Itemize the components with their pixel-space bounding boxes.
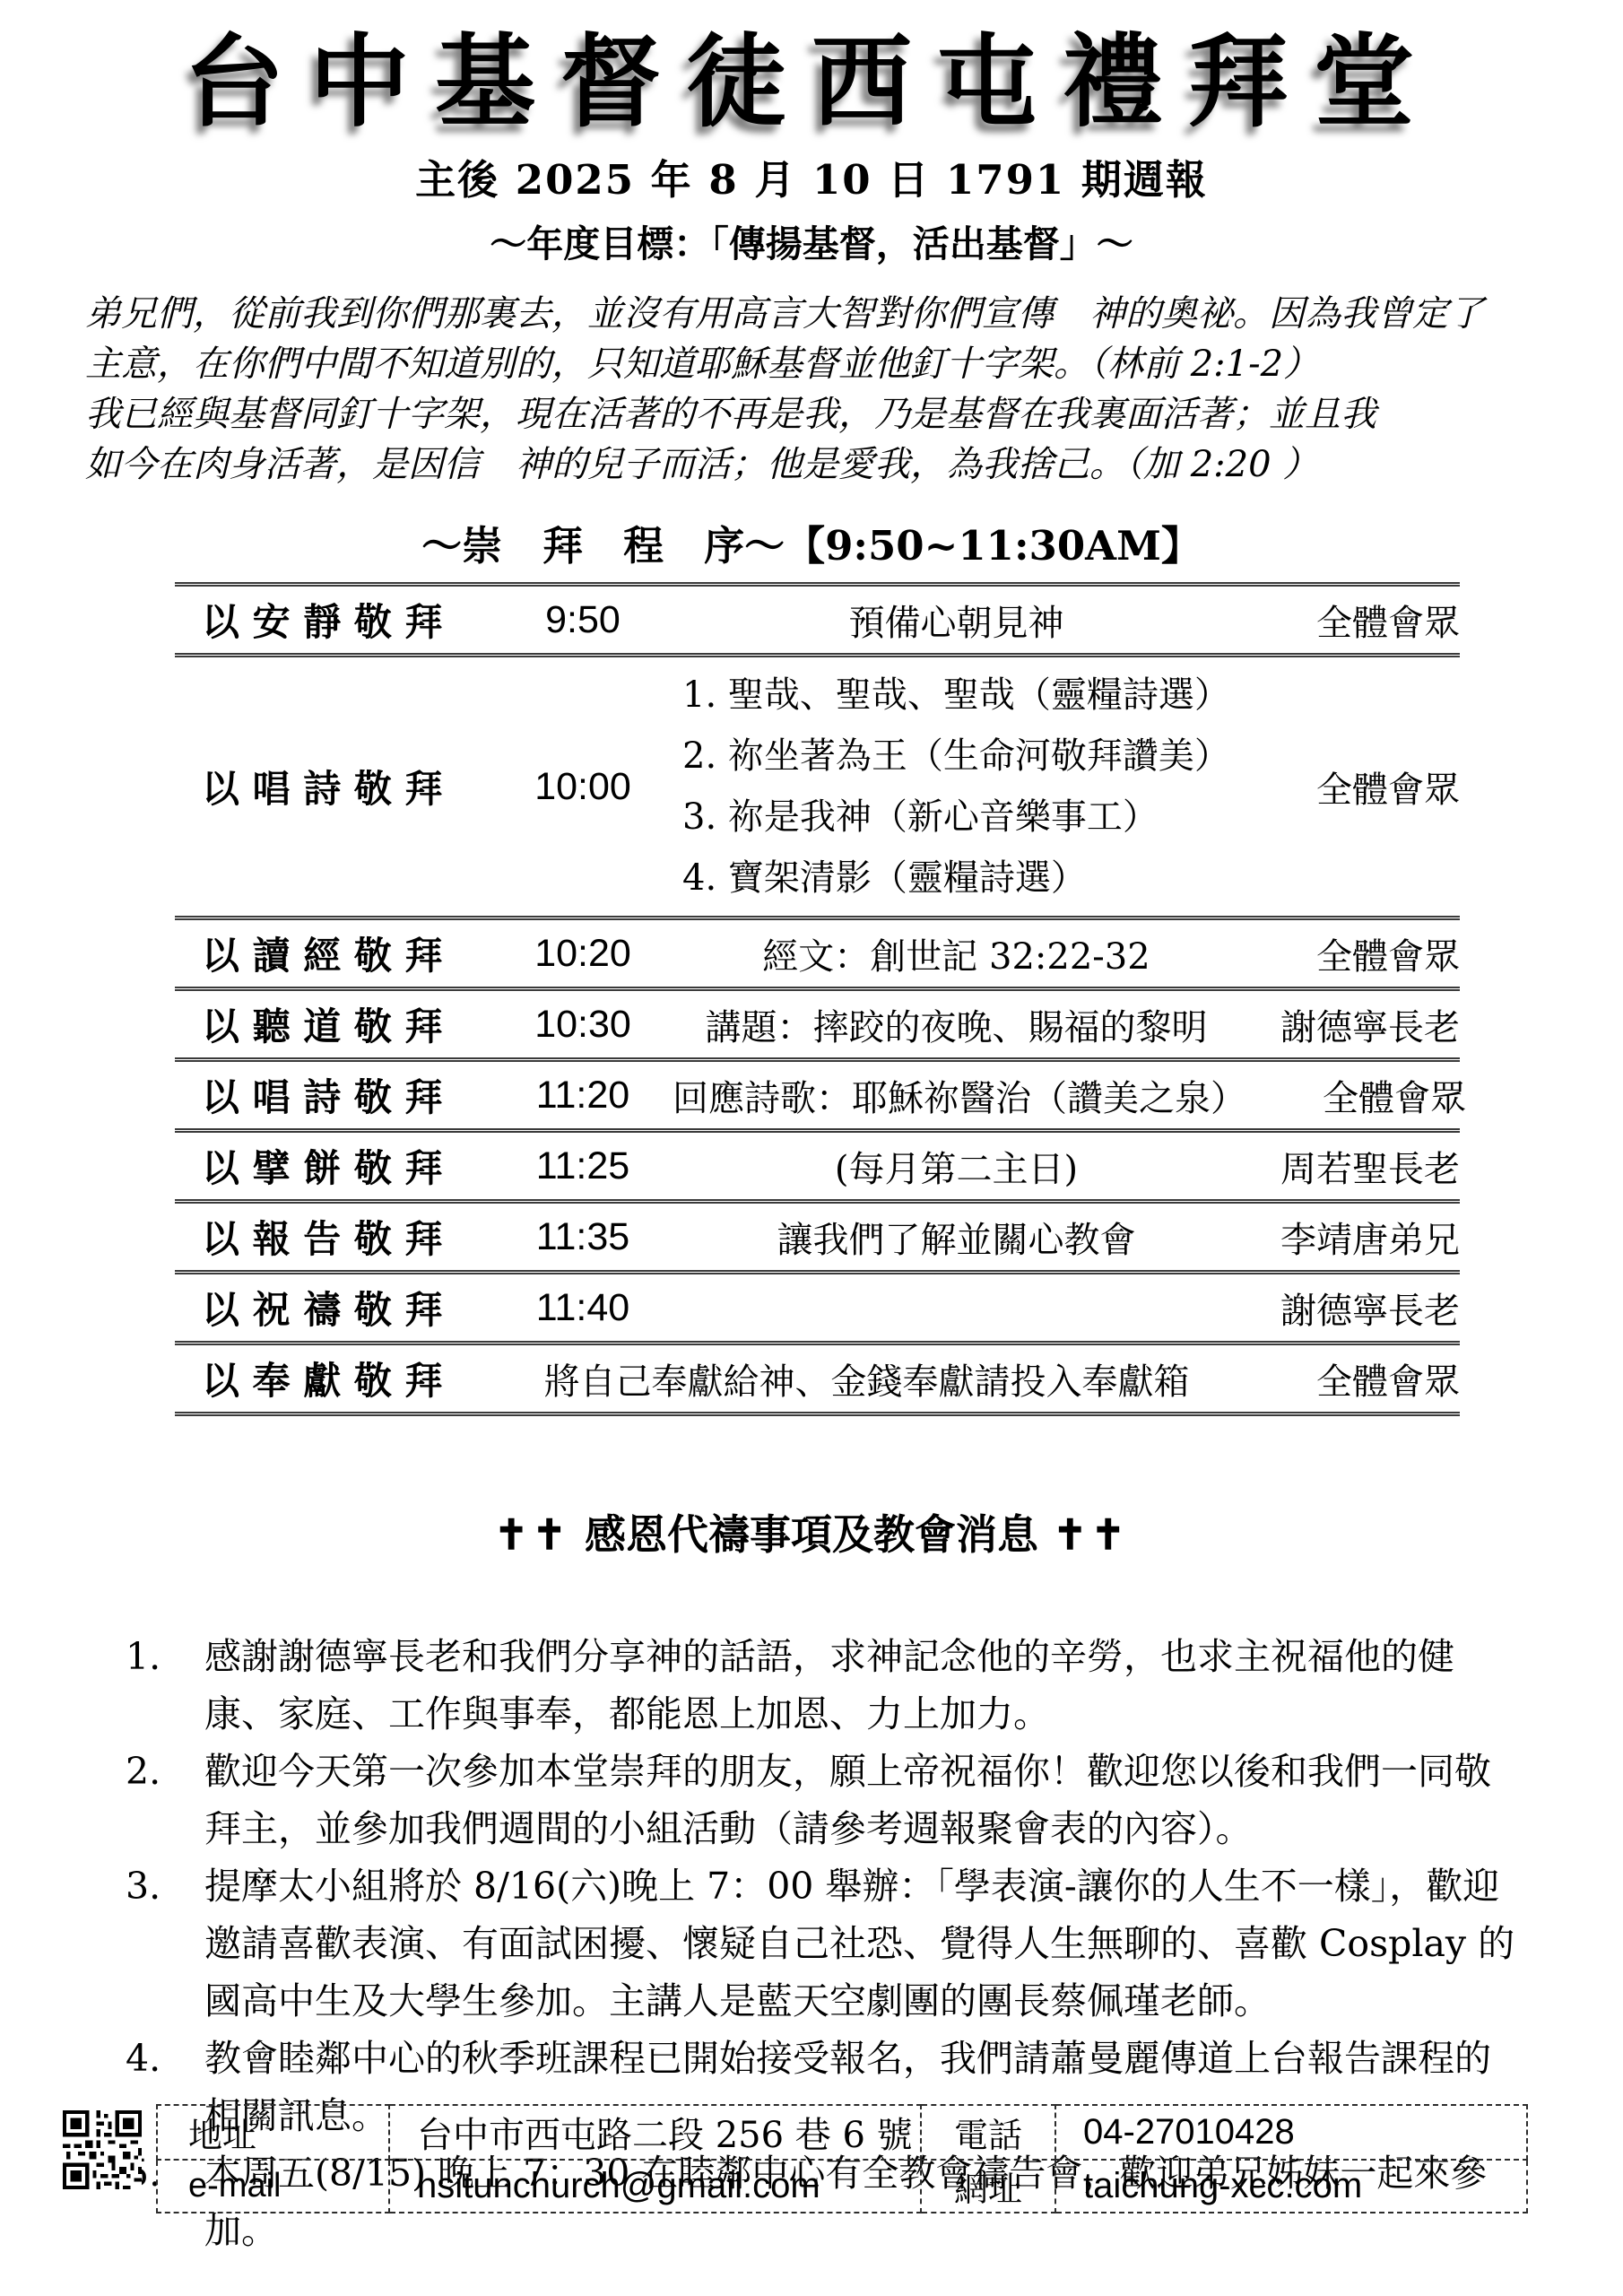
table-row: 以 奉 獻 敬 拜 將自己奉獻給神、金錢奉獻請投入奉獻箱 全體會眾 [175, 1345, 1460, 1416]
annual-goal-line: ～年度目標：「傳揚基督，活出基督」～ [0, 214, 1623, 267]
program-content: 1. 聖哉、聖哉、聖哉（靈糧詩選） 2. 祢坐著為王（生命河敬拜讚美） 3. 祢… [673, 665, 1240, 909]
worship-program-table: 以 安 靜 敬 拜 9:50 預備心朝見神 全體會眾 以 唱 詩 敬 拜 10:… [175, 582, 1460, 1416]
scripture-line: 我已經與基督同釘十字架，現在活著的不再是我，乃是基督在我裏面活著；並且我 [85, 389, 1551, 439]
website-label: 網址 [921, 2160, 1055, 2213]
program-person: 全體會眾 [1240, 1353, 1460, 1405]
program-time: 11:40 [493, 1286, 673, 1330]
song-item: 1. 聖哉、聖哉、聖哉（靈糧詩選） [682, 665, 1230, 726]
item-number: 4. [126, 2030, 204, 2087]
program-content: 預備心朝見神 [673, 595, 1240, 646]
program-content: 讓我們了解並關心教會 [673, 1212, 1240, 1263]
list-item: 3. 提摩太小組將於 8/16(六)晚上 7：00 舉辦：「學表演-讓你的人生不… [126, 1857, 1524, 2030]
program-content: 經文：創世記 32:22-32 [673, 928, 1240, 979]
website-value: taichung-xcc.com [1055, 2160, 1527, 2213]
contact-table: 地址 台中市西屯路二段 256 巷 6 號 6F-1 電話 04-2701042… [156, 2104, 1528, 2213]
program-person: 周若聖長老 [1240, 1141, 1460, 1192]
program-person: 謝德寧長老 [1240, 1283, 1460, 1334]
list-item: 2. 歡迎今天第一次參加本堂崇拜的朋友，願上帝祝福你！歡迎您以後和我們一同敬拜主… [126, 1743, 1524, 1857]
program-person: 謝德寧長老 [1240, 999, 1460, 1050]
cross-icon: ✝✝ [494, 1510, 570, 1559]
qr-code-icon [63, 2110, 142, 2189]
bulletin-page: 台中基督徒西屯禮拜堂 主後 2025 年 8 月 10 日 1791 期週報 ～… [0, 0, 1623, 2296]
phone-label: 電話 [921, 2105, 1055, 2160]
program-time: 9:50 [493, 598, 673, 642]
program-item: 以 安 靜 敬 拜 [175, 593, 493, 647]
program-person: 李靖唐弟兄 [1240, 1212, 1460, 1263]
program-time: 11:20 [493, 1074, 673, 1118]
song-item: 4. 寶架清影（靈糧詩選） [682, 848, 1230, 909]
program-item: 以 報 告 敬 拜 [175, 1210, 493, 1264]
item-text: 提摩太小組將於 8/16(六)晚上 7：00 舉辦：「學表演-讓你的人生不一樣」… [204, 1857, 1518, 2030]
scripture-line: 如今在肉身活著，是因信 神的兒子而活；他是愛我，為我捨己。（加 2:20 ） [85, 439, 1551, 490]
address-label: 地址 [157, 2105, 389, 2160]
table-row: 以 讀 經 敬 拜 10:20 經文：創世記 32:22-32 全體會眾 [175, 920, 1460, 991]
program-person: 全體會眾 [1246, 1070, 1466, 1121]
program-item: 以 唱 詩 敬 拜 [175, 1068, 493, 1122]
program-item: 以 擘 餅 敬 拜 [175, 1139, 493, 1193]
song-item: 2. 祢坐著為王（生命河敬拜讚美） [682, 726, 1230, 787]
item-number: 1. [126, 1628, 204, 1685]
scripture-line: 主意，在你們中間不知道別的，只知道耶穌基督並他釘十字架。（林前 2:1-2） [85, 339, 1551, 389]
contact-footer: 地址 台中市西屯路二段 256 巷 6 號 6F-1 電話 04-2701042… [63, 2104, 1528, 2213]
program-item: 以 奉 獻 敬 拜 [175, 1352, 493, 1405]
table-row: 以 報 告 敬 拜 11:35 讓我們了解並關心教會 李靖唐弟兄 [175, 1204, 1460, 1274]
program-time: 10:20 [493, 932, 673, 976]
address-value: 台中市西屯路二段 256 巷 6 號 6F-1 [389, 2105, 921, 2160]
email-label: e-mail [157, 2160, 389, 2213]
announcements-title: ✝✝ 感恩代禱事項及教會消息 ✝✝ [0, 1502, 1623, 1561]
table-row: 以 安 靜 敬 拜 9:50 預備心朝見神 全體會眾 [175, 587, 1460, 657]
item-number: 2. [126, 1743, 204, 1800]
program-time: 10:30 [493, 1003, 673, 1047]
cross-icon: ✝✝ [1053, 1510, 1129, 1559]
list-item: 1. 感謝謝德寧長老和我們分享神的話語，求神記念他的辛勞，也求主祝福他的健康、家… [126, 1628, 1524, 1743]
item-text: 歡迎今天第一次參加本堂崇拜的朋友，願上帝祝福你！歡迎您以後和我們一同敬拜主，並參… [204, 1743, 1518, 1857]
item-number: 3. [126, 1857, 204, 1915]
program-item: 以 唱 詩 敬 拜 [175, 760, 493, 813]
program-time: 11:25 [493, 1144, 673, 1188]
announcements-title-text: 感恩代禱事項及教會消息 [585, 1510, 1038, 1559]
program-content: 回應詩歌：耶穌祢醫治（讚美之泉） [673, 1070, 1246, 1121]
table-row: e-mail hsitunchurch@gmail.com 網址 taichun… [157, 2160, 1527, 2213]
scripture-quote: 弟兄們，從前我到你們那裏去，並沒有用高言大智對你們宣傳 神的奧祕。因為我曾定了 … [85, 289, 1551, 490]
program-item: 以 讀 經 敬 拜 [175, 926, 493, 980]
table-row: 以 擘 餅 敬 拜 11:25 (每月第二主日) 周若聖長老 [175, 1133, 1460, 1204]
program-person: 全體會眾 [1240, 928, 1460, 979]
worship-program-title: ～崇 拜 程 序～【9:50~11:30AM】 [0, 513, 1623, 571]
program-item: 以 祝 禱 敬 拜 [175, 1281, 493, 1335]
program-content: 將自己奉獻給神、金錢奉獻請投入奉獻箱 [493, 1353, 1240, 1405]
song-item: 3. 祢是我神（新心音樂事工） [682, 787, 1230, 848]
phone-value: 04-27010428 [1055, 2105, 1527, 2160]
song-list: 1. 聖哉、聖哉、聖哉（靈糧詩選） 2. 祢坐著為王（生命河敬拜讚美） 3. 祢… [682, 665, 1230, 909]
program-time: 11:35 [493, 1215, 673, 1259]
program-content: 講題：摔跤的夜晚、賜福的黎明 [673, 999, 1240, 1050]
program-item: 以 聽 道 敬 拜 [175, 997, 493, 1051]
scripture-line: 弟兄們，從前我到你們那裏去，並沒有用高言大智對你們宣傳 神的奧祕。因為我曾定了 [85, 289, 1551, 339]
table-row: 地址 台中市西屯路二段 256 巷 6 號 6F-1 電話 04-2701042… [157, 2105, 1527, 2160]
church-title: 台中基督徒西屯禮拜堂 [0, 0, 1623, 142]
program-content: (每月第二主日) [673, 1141, 1240, 1192]
table-row: 以 唱 詩 敬 拜 10:00 1. 聖哉、聖哉、聖哉（靈糧詩選） 2. 祢坐著… [175, 657, 1460, 920]
table-row: 以 聽 道 敬 拜 10:30 講題：摔跤的夜晚、賜福的黎明 謝德寧長老 [175, 991, 1460, 1062]
issue-date-line: 主後 2025 年 8 月 10 日 1791 期週報 [0, 147, 1623, 205]
program-person: 全體會眾 [1240, 595, 1460, 646]
program-time: 10:00 [493, 765, 673, 809]
table-row: 以 祝 禱 敬 拜 11:40 謝德寧長老 [175, 1274, 1460, 1345]
table-row: 以 唱 詩 敬 拜 11:20 回應詩歌：耶穌祢醫治（讚美之泉） 全體會眾 [175, 1062, 1460, 1133]
item-text: 感謝謝德寧長老和我們分享神的話語，求神記念他的辛勞，也求主祝福他的健康、家庭、工… [204, 1628, 1518, 1743]
email-value: hsitunchurch@gmail.com [389, 2160, 921, 2213]
program-person: 全體會眾 [1240, 761, 1460, 813]
